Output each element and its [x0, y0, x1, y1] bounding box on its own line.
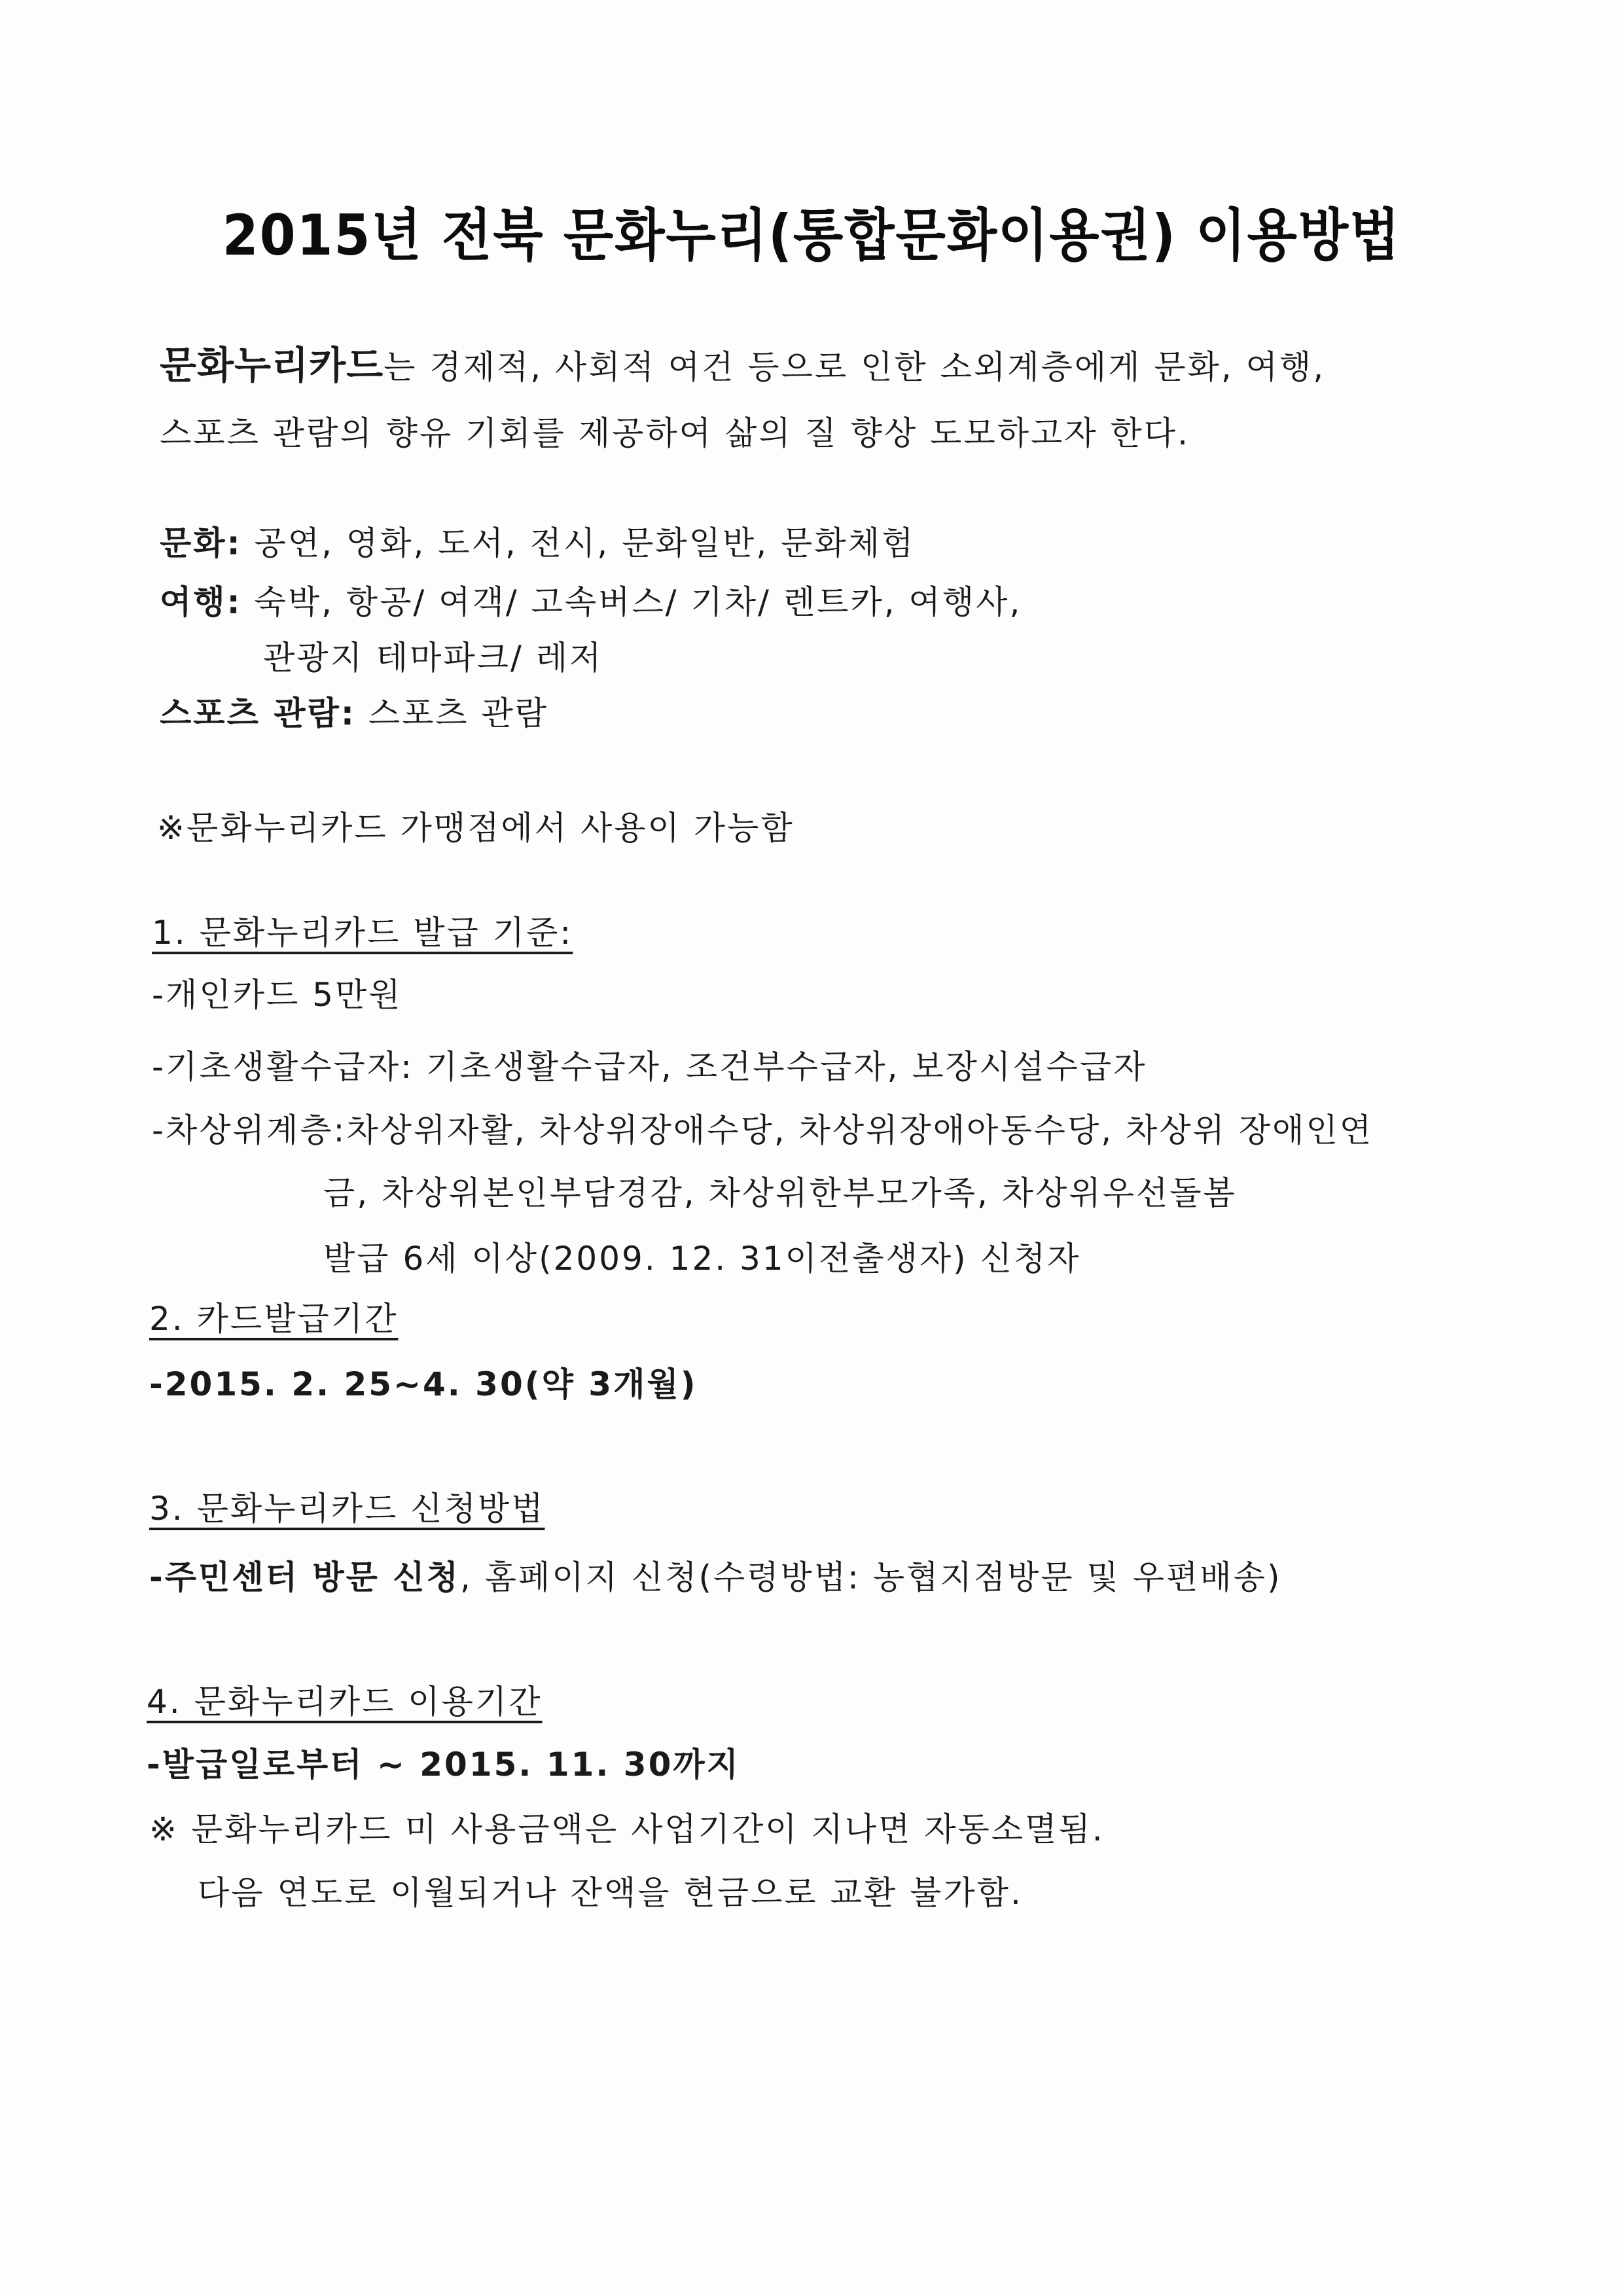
section-3-line-bold: -주민센터 방문 신청 [149, 1558, 460, 1596]
section-4-line: -발급일로부터 ~ 2015. 11. 30까지 [147, 1745, 740, 1784]
intro-line-1-text: 는 경제적, 사회적 여건 등으로 인한 소외계층에게 문화, 여행, [383, 348, 1325, 386]
section-3-heading: 3. 문화누리카드 신청방법 [149, 1489, 545, 1528]
category-label: 여행: [160, 583, 242, 621]
intro-lead: 문화누리카드 [160, 343, 383, 387]
document-page: 2015년 전북 문화누리(통합문화이용권) 이용방법 문화누리카드는 경제적,… [0, 0, 1623, 2296]
category-items: 공연, 영화, 도서, 전시, 문화일반, 문화체험 [255, 524, 916, 562]
section-1-line: -개인카드 5만원 [152, 975, 402, 1014]
intro-line-1: 문화누리카드는 경제적, 사회적 여건 등으로 인한 소외계층에게 문화, 여행… [160, 346, 1325, 387]
section-3-line-rest: , 홈페이지 신청(수령방법: 농협지점방문 및 우편배송) [460, 1558, 1282, 1596]
section-2-line: -2015. 2. 25~4. 30(약 3개월) [149, 1365, 698, 1404]
section-4-note: ※ 문화누리카드 미 사용금액은 사업기간이 지나면 자동소멸됨. [149, 1810, 1105, 1849]
section-1-line: 발급 6세 이상(2009. 12. 31이전출생자) 신청자 [323, 1239, 1080, 1278]
section-1-heading: 1. 문화누리카드 발급 기준: [152, 913, 592, 952]
category-culture: 문화: 공연, 영화, 도서, 전시, 문화일반, 문화체험 [160, 524, 915, 563]
category-travel: 여행: 숙박, 항공/ 여객/ 고속버스/ 기차/ 렌트카, 여행사, [160, 583, 1022, 622]
section-1-line: 금, 차상위본인부담경감, 차상위한부모가족, 차상위우선돌봄 [323, 1174, 1237, 1213]
document-title: 2015년 전북 문화누리(통합문화이용권) 이용방법 [65, 190, 1558, 271]
section-4-heading: 4. 문화누리카드 이용기간 [147, 1682, 543, 1721]
section-2-heading: 2. 카드발급기간 [149, 1299, 398, 1338]
category-label: 문화: [160, 524, 242, 562]
category-items: 스포츠 관람 [368, 694, 548, 732]
category-label: 스포츠 관람: [160, 694, 356, 732]
category-travel-continuation: 관광지 테마파크/ 레저 [263, 638, 603, 677]
intro-line-2: 스포츠 관람의 향유 기회를 제공하여 삶의 질 향상 도모하고자 한다. [160, 414, 1190, 453]
section-4-note-continuation: 다음 연도로 이월되거나 잔액을 현금으로 교환 불가함. [198, 1873, 1023, 1912]
usage-note: ※문화누리카드 가맹점에서 사용이 가능함 [157, 808, 794, 848]
section-1-line: -차상위계층:차상위자활, 차상위장애수당, 차상위장애아동수당, 차상위 장애… [152, 1111, 1373, 1150]
section-1-line: -기초생활수급자: 기초생활수급자, 조건부수급자, 보장시설수급자 [152, 1047, 1147, 1086]
category-sports: 스포츠 관람: 스포츠 관람 [160, 694, 548, 733]
category-items: 숙박, 항공/ 여객/ 고속버스/ 기차/ 렌트카, 여행사, [255, 583, 1022, 621]
section-3-line: -주민센터 방문 신청, 홈페이지 신청(수령방법: 농협지점방문 및 우편배송… [149, 1558, 1282, 1597]
